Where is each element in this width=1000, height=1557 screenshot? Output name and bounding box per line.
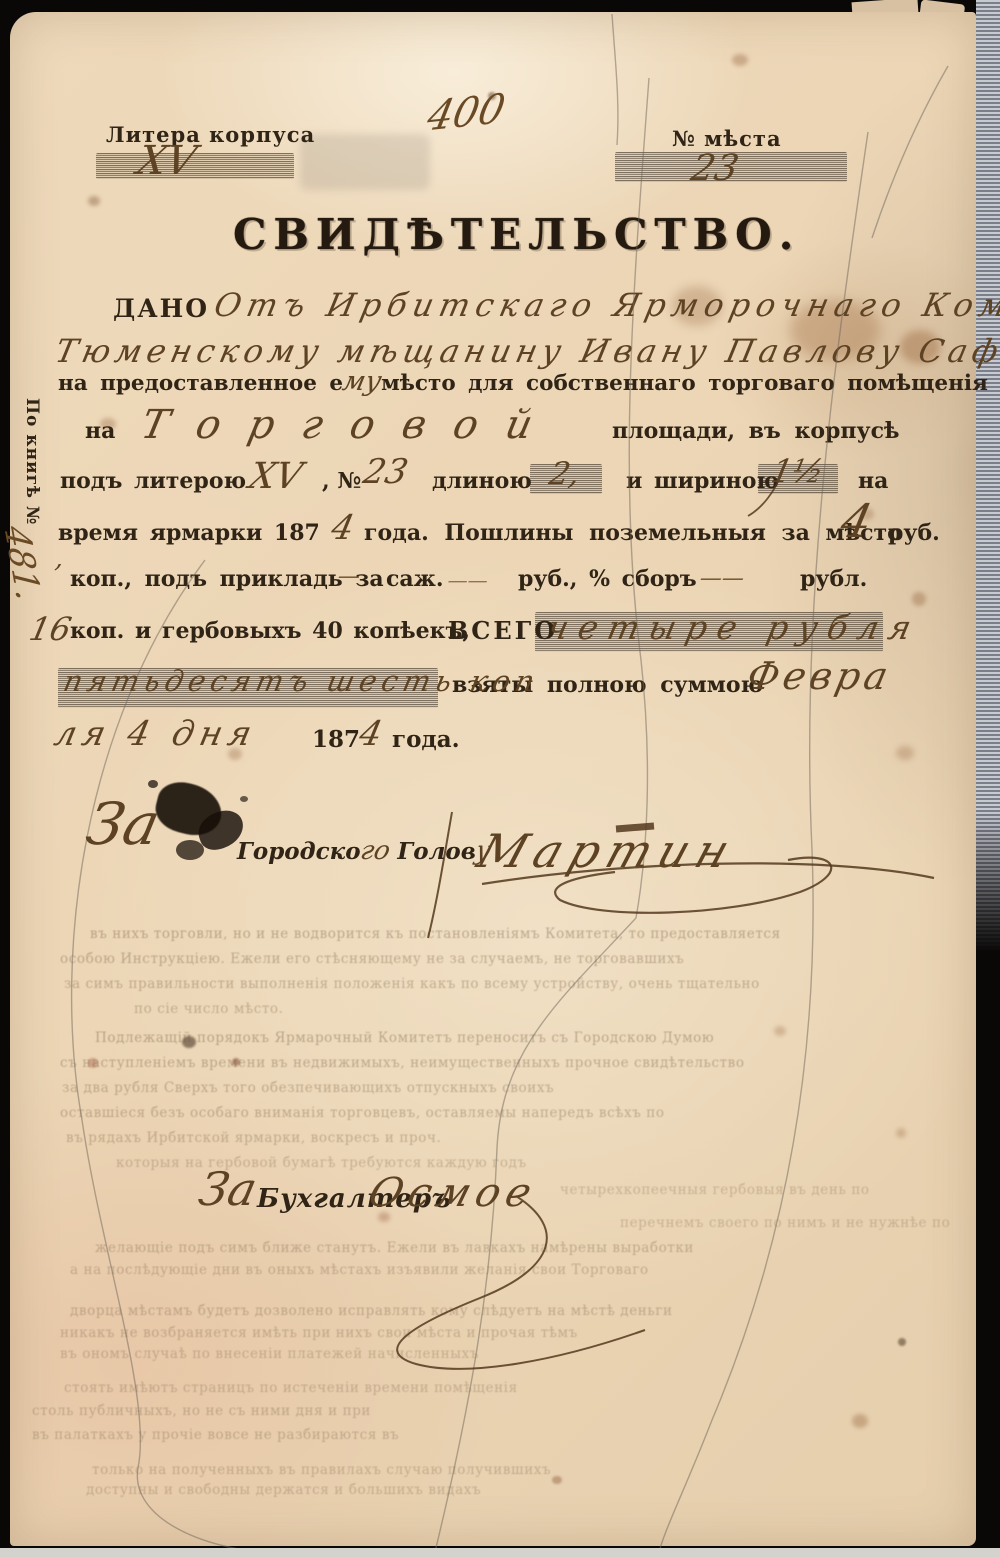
square-line-post: площади, въ корпусѣ <box>612 418 899 444</box>
scanner-bottom-strip <box>0 1548 1000 1557</box>
ghost-text-line: оставшіеся безъ особаго вниманія торговц… <box>60 1105 665 1121</box>
ghost-text-line: стоять имѣютъ страницъ по истеченіи врем… <box>64 1380 518 1396</box>
ghost-text-line: столь публичныхъ, но не съ ними дня и пр… <box>32 1403 371 1419</box>
kopecks-16-handwritten: 16 <box>26 610 75 648</box>
ghost-text-line: никакъ не возбраняется имѣть при нихъ св… <box>60 1325 578 1341</box>
issuer-handwritten: Отъ Ирбитскаго Ярморочнаго Комитета <box>211 286 1000 324</box>
total-kopecks-handwritten: пятьдесятъ шесть коп <box>60 664 542 698</box>
percent-fee-label: руб., % сборъ <box>518 566 697 592</box>
month-handwritten: Февра <box>743 654 895 698</box>
ghost-text-line: только на полученныхъ въ правилахъ случа… <box>92 1462 551 1478</box>
number-sign-label: , № <box>322 468 361 494</box>
litera-line-value: XV <box>246 456 306 497</box>
granted-place-text-pre: на предоставленное е <box>58 371 343 396</box>
width-value-handwritten: 1½ <box>768 452 827 490</box>
blank-dash: —— <box>697 566 746 591</box>
ghost-text-line: желающіе подъ симъ ближе станутъ. Ежели … <box>95 1240 694 1256</box>
bookkeeper-signature: Осмое <box>363 1170 542 1216</box>
total-rubles-handwritten: четыре рубля <box>544 608 925 647</box>
square-line-pre: на <box>85 418 115 444</box>
total-label: ВСЕГО <box>448 616 558 645</box>
ghost-text-line: а на послѣдующіе дни въ оныхъ мѣстахъ из… <box>70 1262 649 1278</box>
ghost-text-line: перечнемъ своего по нимъ и не нужнѣе по <box>620 1215 950 1231</box>
scanner-stripe-fade <box>976 810 1000 952</box>
granted-place-handwritten: му <box>340 366 385 397</box>
ghost-text-line: въ нихъ торговли, но и не водворится къ … <box>90 926 781 942</box>
fair-year-pre: время ярмарки 187 <box>58 520 320 546</box>
sazhen-label: саж. <box>386 566 444 592</box>
stain <box>732 54 748 66</box>
litera-line-label: подъ литерою <box>60 468 246 494</box>
document-number-handwritten: 400 <box>423 85 509 140</box>
rubl-label: рубл. <box>800 566 867 592</box>
stain <box>774 1026 786 1036</box>
scanned-document: въ нихъ торговли, но и не водворится къ … <box>0 0 1000 1557</box>
ghost-text-line: съ наступленіемъ времени въ недвижимыхъ,… <box>60 1055 745 1071</box>
ghost-box-stain <box>300 134 430 190</box>
mayor-label-pre: Городско <box>237 838 361 865</box>
ghost-text-line: дворца мѣстамъ будетъ дозволено исправля… <box>70 1303 673 1319</box>
ghost-text-line: за симъ правильности выполненія положені… <box>64 976 760 992</box>
ghost-text-line: за два рубля Сверхъ того обезпечивающихъ… <box>62 1080 554 1096</box>
day-handwritten: ля 4 дня <box>51 714 261 754</box>
stain <box>912 592 926 606</box>
mayor-signature: Мартин <box>471 824 744 878</box>
litera-line-end: на <box>858 468 888 494</box>
litera-label: Литера корпуса <box>106 122 315 147</box>
margin-book-number-label: По книгѣ № <box>22 398 42 525</box>
stain <box>552 1476 562 1484</box>
litera-value-handwritten: XV <box>133 138 200 184</box>
land-duty-text: года. Пошлины поземельныя за мѣсто <box>364 520 902 546</box>
stain <box>852 1414 868 1428</box>
stain <box>88 196 100 206</box>
za-mark-bookkeeper: За <box>194 1162 262 1216</box>
za-mark-mayor: За <box>81 790 166 858</box>
stain <box>896 1128 906 1138</box>
rub-label: руб. <box>888 520 940 546</box>
ink-blot <box>240 796 248 802</box>
width-label: и шириною <box>626 468 779 494</box>
ghost-text-line: въ палаткахъ у прочіе вовсе не разбирают… <box>32 1427 399 1443</box>
length-label: длиною <box>432 468 532 494</box>
document-title: СВИДѢТЕЛЬСТВО. <box>233 210 800 259</box>
stain <box>898 1338 906 1346</box>
square-name-handwritten: Торговой <box>137 402 565 448</box>
ink-blot <box>176 840 204 860</box>
ghost-text-line: которыя на гербовой бумагѣ требуются каж… <box>116 1155 527 1171</box>
ghost-text-line: особою Инструкціею. Ежели его стѣсняющем… <box>60 951 684 967</box>
place-number-inline: 23 <box>360 452 412 492</box>
ghost-text-line: четырехкопеечныя гербовыя въ день по <box>560 1182 870 1198</box>
ghost-text-line: доступны и свободны держатся и большихъ … <box>86 1482 481 1498</box>
ghost-text-line: по сіе число мѣсто. <box>134 1001 284 1017</box>
granted-place-text-post: мѣсто для собственнаго торговаго помѣщен… <box>381 371 988 396</box>
ghost-text-line: въ рядахъ Ирбитской ярмарки, воскресъ и … <box>66 1130 441 1146</box>
ghost-text-line: Подлежащій порядокъ Ярмарочный Комитетъ … <box>95 1030 714 1046</box>
mayor-label-hw1: го <box>357 836 392 866</box>
place-number-value-handwritten: 23 <box>688 148 743 189</box>
ink-blot <box>148 780 158 788</box>
stamp-duty-text: коп. и гербовыхъ 40 копѣекъ, <box>70 618 470 644</box>
recipient-handwritten: Тюменскому мѣщанину Ивану Павлову Сафрон… <box>52 332 1000 370</box>
ghost-text-line: въ ономъ случаѣ по внесеніи платежей нач… <box>60 1346 479 1362</box>
stain <box>896 746 914 760</box>
given-label: ДАНО <box>113 294 209 323</box>
blank-dash: —— <box>445 568 490 592</box>
year-label: года. <box>392 726 460 753</box>
mayor-label-mid: Голов <box>397 838 476 865</box>
year-printed: 187 <box>312 726 360 753</box>
